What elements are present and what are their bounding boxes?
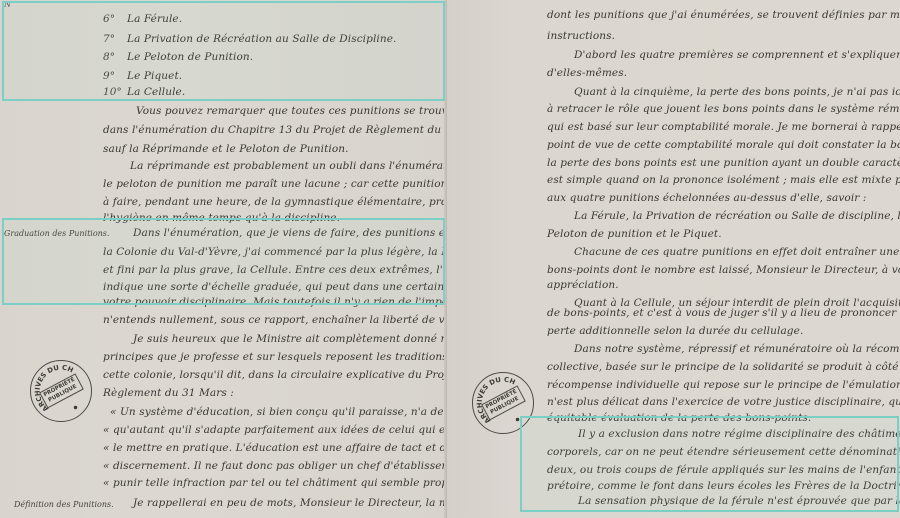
- text-line: D'abord les quatre premières se comprenn…: [574, 49, 900, 61]
- highlight-box-graduation[interactable]: [2, 218, 445, 305]
- text-line: à retracer le rôle que jouent les bons p…: [547, 103, 900, 115]
- text-line: Quant à la cinquième, la perte des bons …: [574, 86, 900, 98]
- archive-stamp: ARCHIVES DU CHER PROPRIÉTÉ PUBLIQUE: [30, 360, 92, 422]
- text-line: récompense individuelle qui repose sur l…: [547, 379, 900, 391]
- text-line: à faire, pendant une heure, de la gymnas…: [103, 196, 447, 208]
- highlight-box-punition-list[interactable]: [2, 1, 445, 101]
- text-line: « discernement. Il ne faut donc pas obli…: [103, 460, 447, 472]
- highlight-box-corporal-punishment[interactable]: [520, 416, 899, 512]
- text-line: « qu'autant qu'il s'adapte parfaitement …: [103, 424, 447, 436]
- text-line: point de vue de cette comptabilité moral…: [547, 139, 900, 151]
- text-line: instructions.: [547, 30, 615, 42]
- text-line: La Férule, la Privation de récréation ou…: [574, 210, 900, 222]
- text-line: de bons-points, et c'est à vous de juger…: [547, 307, 900, 319]
- text-line: cette colonie, lorsqu'il dit, dans la ci…: [103, 369, 447, 381]
- text-line: La réprimande est probablement un oubli …: [130, 160, 447, 172]
- text-line: collective, basée sur le principe de la …: [547, 361, 900, 373]
- text-line: « le mettre en pratique. L'éducation est…: [103, 442, 447, 454]
- text-line: la perte des bons points est une punitio…: [547, 157, 900, 169]
- text-line: principes que je professe et sur lesquel…: [103, 351, 447, 363]
- text-line: Je rappellerai en peu de mots, Monsieur …: [133, 497, 447, 509]
- text-line: est simple quand on la prononce isolémen…: [547, 174, 900, 186]
- text-line: Je suis heureux que le Ministre ait comp…: [133, 333, 447, 345]
- text-line: qui est basé sur leur comptabilité moral…: [547, 121, 900, 133]
- text-line: d'elles-mêmes.: [547, 67, 627, 79]
- text-line: Vous pouvez remarquer que toutes ces pun…: [136, 105, 447, 117]
- text-line: bons-points dont le nombre est laissé, M…: [547, 264, 900, 276]
- text-line: Chacune de ces quatre punitions en effet…: [574, 246, 900, 258]
- margin-note-definition: Définition des Punitions.: [14, 500, 114, 509]
- text-line: dont les punitions que j'ai énumérées, s…: [547, 9, 900, 21]
- text-line: dans l'énumération du Chapitre 13 du Pro…: [103, 124, 447, 136]
- text-line: Peloton de punition et le Piquet.: [547, 228, 722, 240]
- text-line: « punir telle infraction par tel ou tel …: [103, 477, 447, 489]
- text-line: le peloton de punition me paraît une lac…: [103, 178, 447, 190]
- text-line: appréciation.: [547, 279, 619, 291]
- text-line: sauf la Réprimande et le Peloton de Puni…: [103, 143, 349, 155]
- text-line: aux quatre punitions échelonnées au-dess…: [547, 192, 867, 204]
- text-line: Dans notre système, répressif et rémunér…: [574, 343, 900, 355]
- text-line: « Un système d'éducation, si bien conçu …: [110, 406, 447, 418]
- text-line: Règlement du 31 Mars :: [103, 387, 234, 399]
- text-line: n'entends nullement, sous ce rapport, en…: [103, 314, 447, 326]
- text-line: n'est plus délicat dans l'exercice de vo…: [547, 396, 900, 408]
- text-line: perte additionnelle selon la durée du ce…: [547, 325, 803, 337]
